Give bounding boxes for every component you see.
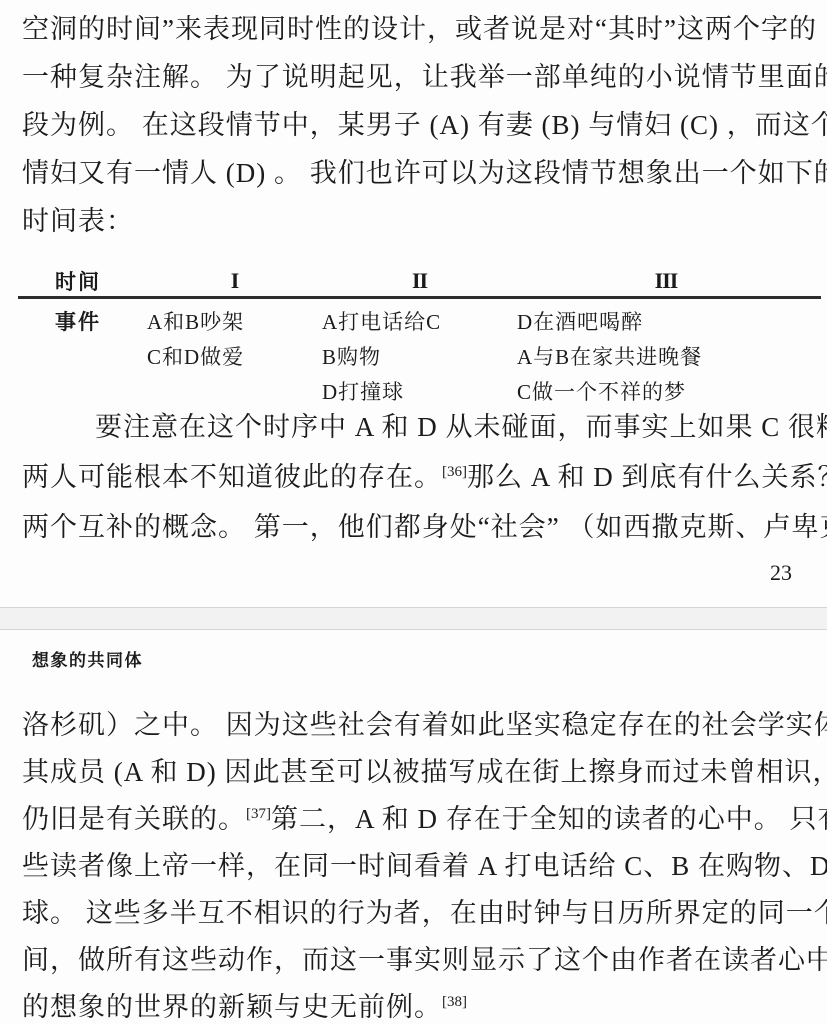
text-line: 洛杉矶）之中。 因为这些社会有着如此坚实稳定存在的社会学实体， [22,702,805,749]
text-line: 仍旧是有关联的。[37]第二，A 和 D 存在于全知的读者的心中。 只有这 [22,796,805,843]
page-gap-separator [0,607,827,630]
text-line: 段为例。 在这段情节中，某男子 (A) 有妻 (B) 与情妇 (C) ，而这个 [22,101,805,149]
paragraph-continued-on-next-page: 洛杉矶）之中。 因为这些社会有着如此坚实稳定存在的社会学实体， 其成员 (A 和… [22,702,805,1024]
text-line: 两人可能根本不知道彼此的存在。[36]那么 A 和 D 到底有什么关系？ 有 [22,452,805,502]
text-line: 些读者像上帝一样，在同一时间看着 A 打电话给 C、B 在购物、D 打撞 [22,843,805,890]
events-column-3: D在酒吧喝醉 A与B在家共进晚餐 C做一个不祥的梦 [517,305,815,410]
text-segment: 第二，A 和 D 存在于全知的读者的心中。 只有这 [271,804,827,834]
text-line: 两个互补的概念。 第一，他们都身处“社会” （如西撒克斯、卢卑克、 [22,502,805,552]
text-segment: 两个互补的概念。 第一，他们都身处“社会” （如西撒克斯、卢卑克、 [22,512,827,542]
text-line: 空洞的时间”来表现同时性的设计，或者说是对“其时”这两个字的 [22,5,805,53]
text-segment: 洛杉矶）之中。 因为这些社会有着如此坚实稳定存在的社会学实体， [22,710,827,740]
text-line: 其成员 (A 和 D) 因此甚至可以被描写成在街上擦身而过未曾相识，而 [22,749,805,796]
timeline-table-body: 事件 A和B吵架 C和D做爱 A打电话给C B购物 D打撞球 D在酒吧喝醉 A与… [22,305,815,410]
event-item: A和B吵架 [147,305,322,340]
text-segment: 一种复杂注解。 为了说明起见，让我举一部单纯的小说情节里面的一 [22,62,827,92]
text-line: 时间表： [22,197,805,245]
timeline-table: 时间 I II III 事件 A和B吵架 C和D做爱 A打电话给C B购物 D打… [22,266,815,410]
text-segment: 的想象的世界的新颖与史无前例。 [22,992,442,1022]
events-column-1: A和B吵架 C和D做爱 [147,305,322,375]
text-segment: 时间表： [22,206,134,236]
paragraph-continued-from-previous-page: 空洞的时间”来表现同时性的设计，或者说是对“其时”这两个字的 一种复杂注解。 为… [22,5,805,245]
time-row-label: 时间 [22,266,147,296]
text-segment: 空洞的时间”来表现同时性的设计，或者说是对“其时”这两个字的 [22,14,817,44]
text-segment: 要注意在这个时序中 A 和 D 从未碰面，而事实上如果 C 很精明，这 [95,412,827,442]
document-viewer: 空洞的时间”来表现同时性的设计，或者说是对“其时”这两个字的 一种复杂注解。 为… [0,0,827,1024]
column-header-3: III [517,268,815,294]
text-segment: 段为例。 在这段情节中，某男子 (A) 有妻 (B) 与情妇 (C) ，而这个 [22,110,827,140]
event-item: B购物 [322,340,517,375]
footnote-marker-38: [38] [442,994,467,1010]
event-item: D在酒吧喝醉 [517,305,815,340]
text-line: 要注意在这个时序中 A 和 D 从未碰面，而事实上如果 C 很精明，这 [22,402,805,452]
text-segment: 些读者像上帝一样，在同一时间看着 A 打电话给 C、B 在购物、D 打撞 [22,851,827,881]
table-rule-line [18,296,821,299]
text-segment: 两人可能根本不知道彼此的存在。 [22,462,442,492]
timeline-table-header: 时间 I II III [22,266,815,296]
running-header-book-title: 想象的共同体 [32,646,143,671]
text-line: 的想象的世界的新颖与史无前例。[38] [22,984,805,1024]
column-header-1: I [147,268,322,294]
text-segment: 那么 A 和 D 到底有什么关系？ 有 [467,462,827,492]
footnote-marker-37: [37] [246,806,271,822]
text-segment: 情妇又有一情人 (D) 。 我们也许可以为这段情节想象出一个如下的 [22,158,827,188]
text-line: 情妇又有一情人 (D) 。 我们也许可以为这段情节想象出一个如下的 [22,149,805,197]
text-segment: 间，做所有这些动作，而这一事实则显示了这个由作者在读者心中唤起 [22,945,827,975]
page-number: 23 [0,560,792,586]
footnote-marker-36: [36] [442,464,467,480]
text-line: 间，做所有这些动作，而这一事实则显示了这个由作者在读者心中唤起 [22,937,805,984]
event-item: A打电话给C [322,305,517,340]
text-segment: 仍旧是有关联的。 [22,804,246,834]
text-line: 一种复杂注解。 为了说明起见，让我举一部单纯的小说情节里面的一 [22,53,805,101]
text-segment: 其成员 (A 和 D) 因此甚至可以被描写成在街上擦身而过未曾相识，而 [22,757,827,787]
text-line: 球。 这些多半互不相识的行为者，在由时钟与日历所界定的同一个时 [22,890,805,937]
column-header-2: II [322,268,517,294]
event-item: C和D做爱 [147,340,322,375]
event-row-label: 事件 [22,305,147,340]
events-column-2: A打电话给C B购物 D打撞球 [322,305,517,410]
paragraph-commentary: 要注意在这个时序中 A 和 D 从未碰面，而事实上如果 C 很精明，这 两人可能… [22,402,805,552]
event-item: A与B在家共进晚餐 [517,340,815,375]
text-segment: 球。 这些多半互不相识的行为者，在由时钟与日历所界定的同一个时 [22,898,827,928]
